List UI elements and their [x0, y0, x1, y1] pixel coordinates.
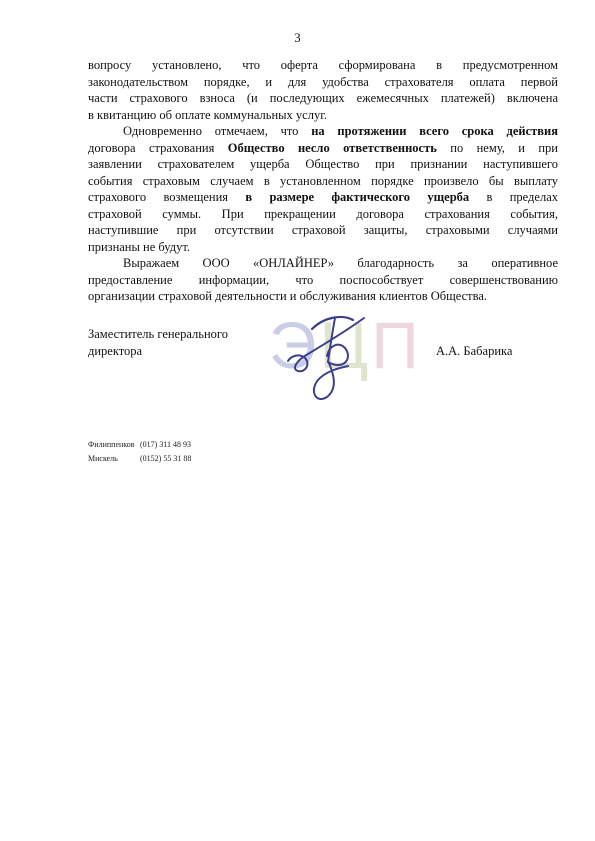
contact-phone: (017) 311 48 93	[140, 440, 191, 449]
text-line: страхового возмещения в размере фактичес…	[88, 189, 558, 206]
text-line: Выражаем ООО «ОНЛАЙНЕР» благодарность за…	[88, 255, 558, 272]
contact-row: Филиппенков(017) 311 48 93	[88, 438, 191, 452]
text-segment: события страховым случаем в установленно…	[88, 174, 558, 188]
text-line: части страхового взноса (и последующих е…	[88, 90, 558, 107]
text-segment: вопросу установлено, что оферта сформиро…	[88, 58, 558, 72]
text-segment: признаны не будут.	[88, 240, 190, 254]
text-line: наступившие при отсутствии страховой защ…	[88, 222, 558, 239]
text-segment: страховой суммы. При прекращении договор…	[88, 207, 558, 221]
page-number: 3	[0, 0, 595, 46]
text-line: признаны не будут.	[88, 239, 558, 256]
text-segment: в пределах	[469, 190, 558, 204]
text-segment: страхового возмещения	[88, 190, 245, 204]
text-segment: заявлении страхователем ущерба Общество …	[88, 157, 558, 171]
text-line: в квитанцию об оплате коммунальных услуг…	[88, 107, 558, 124]
text-segment: наступившие при отсутствии страховой защ…	[88, 223, 558, 237]
text-line: договора страхования Общество несло отве…	[88, 140, 558, 157]
text-line: Одновременно отмечаем, что на протяжении…	[88, 123, 558, 140]
handwritten-signature	[284, 308, 368, 404]
text-line: организации страховой деятельности и обс…	[88, 288, 558, 305]
text-line: предоставление информации, что поспособс…	[88, 272, 558, 289]
contact-name: Филиппенков	[88, 438, 140, 452]
bold-text-segment: на протяжении всего срока действия	[311, 124, 558, 138]
signatory-title: Заместитель генерального директора	[88, 326, 228, 359]
text-line: заявлении страхователем ущерба Общество …	[88, 156, 558, 173]
text-segment: предоставление информации, что поспособс…	[88, 273, 558, 287]
contact-footer: Филиппенков(017) 311 48 93Мискель(0152) …	[88, 438, 191, 466]
text-segment: Выражаем ООО «ОНЛАЙНЕР» благодарность за…	[123, 256, 558, 270]
text-segment: организации страховой деятельности и обс…	[88, 289, 487, 303]
contact-row: Мискель(0152) 55 31 88	[88, 452, 191, 466]
signatory-title-line-2: директора	[88, 343, 228, 360]
text-line: события страховым случаем в установленно…	[88, 173, 558, 190]
signatory-name: А.А. Бабарика	[436, 344, 512, 359]
contact-phone: (0152) 55 31 88	[140, 454, 191, 463]
text-segment: в квитанцию об оплате коммунальных услуг…	[88, 108, 327, 122]
stamp-letter-p: П	[371, 308, 421, 382]
text-segment: части страхового взноса (и последующих е…	[88, 91, 558, 105]
text-segment: договора страхования	[88, 141, 228, 155]
text-segment: Одновременно отмечаем, что	[123, 124, 311, 138]
text-segment: по нему, и при	[437, 141, 558, 155]
text-line: вопросу установлено, что оферта сформиро…	[88, 57, 558, 74]
bold-text-segment: Общество несло ответственность	[228, 141, 437, 155]
text-line: законодательством порядке, и для удобств…	[88, 74, 558, 91]
text-line: страховой суммы. При прекращении договор…	[88, 206, 558, 223]
signatory-title-line-1: Заместитель генерального	[88, 326, 228, 343]
bold-text-segment: в размере фактического ущерба	[245, 190, 469, 204]
document-body: вопросу установлено, что оферта сформиро…	[88, 57, 558, 305]
text-segment: законодательством порядке, и для удобств…	[88, 75, 558, 89]
document-page: 3 вопросу установлено, что оферта сформи…	[0, 0, 595, 841]
contact-name: Мискель	[88, 452, 140, 466]
